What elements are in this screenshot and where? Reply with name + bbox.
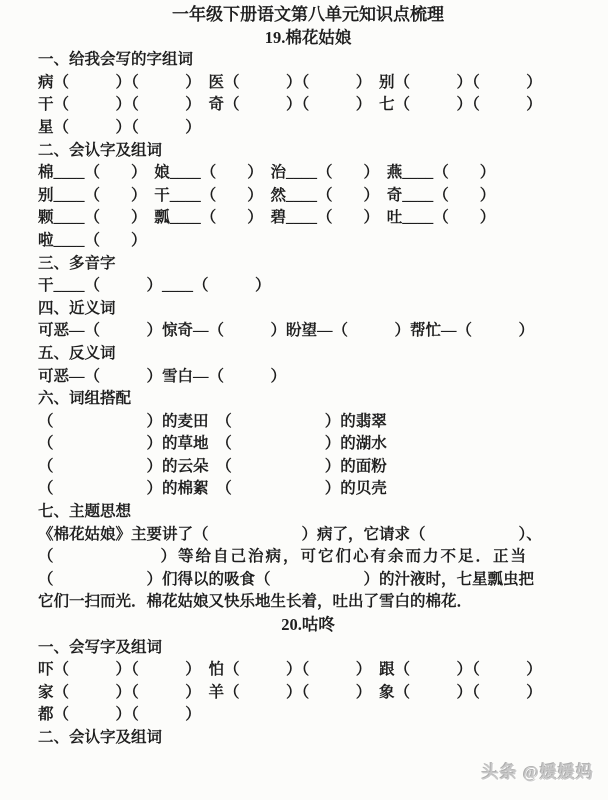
l20-sec1-heading: 一、会写字及组词 <box>38 637 578 660</box>
l19-sec2-row: 颗____（ ） 瓢____（ ） 碧____（ ） 吐____（ ） <box>38 207 578 230</box>
l19-sec2-heading: 二、会认字及组词 <box>38 140 578 163</box>
l19-sec7-text-line: （ ）们得以的吸食（ ）的汁液时，七星瓢虫把 <box>38 569 578 592</box>
doc-title: 一年级下册语文第八单元知识点梳理 <box>38 4 578 27</box>
worksheet-page: 一年级下册语文第八单元知识点梳理 19.棉花姑娘 一、给我会写的字组词 病（ ）… <box>0 0 608 800</box>
l19-sec7-text-line: （ ）等给自己治病，可它们心有余而力不足．正当 <box>38 546 578 569</box>
l20-sec1-row: 吓（ ）（ ） 怕（ ）（ ） 跟（ ）（ ） <box>38 659 578 682</box>
lesson19-heading: 19.棉花姑娘 <box>38 27 578 50</box>
l19-sec2-row: 别____（ ） 干____（ ） 然____（ ） 奇____（ ） <box>38 185 578 208</box>
l19-sec7-text-line: 它们一扫而光．棉花姑娘又快乐地生长着，吐出了雪白的棉花． <box>38 591 578 614</box>
l19-sec6-row: （ ）的棉絮 （ ）的贝壳 <box>38 478 578 501</box>
l19-sec6-row: （ ）的云朵 （ ）的面粉 <box>38 456 578 479</box>
l19-sec1-row: 病（ ）（ ） 医（ ）（ ） 别（ ）（ ） <box>38 72 578 95</box>
l19-sec2-row: 棉____（ ） 娘____（ ） 治____（ ） 燕____（ ） <box>38 162 578 185</box>
l19-sec3-heading: 三、多音字 <box>38 253 578 276</box>
l19-sec6-row: （ ）的麦田 （ ）的翡翠 <box>38 411 578 434</box>
l20-sec1-row: 都（ ）（ ） <box>38 704 578 727</box>
l20-sec1-row: 家（ ）（ ） 羊（ ）（ ） 象（ ）（ ） <box>38 682 578 705</box>
l19-sec5-row: 可恶—（ ）雪白—（ ） <box>38 366 578 389</box>
l19-sec6-row: （ ）的草地 （ ）的湖水 <box>38 433 578 456</box>
l19-sec3-row: 干____（ ）____（ ） <box>38 275 578 298</box>
l19-sec4-row: 可恶—（ ）惊奇—（ ）盼望—（ ）帮忙—（ ） <box>38 320 578 343</box>
l19-sec5-heading: 五、反义词 <box>38 343 578 366</box>
l19-sec2-row: 啦____（ ） <box>38 230 578 253</box>
l19-sec6-heading: 六、词组搭配 <box>38 388 578 411</box>
l19-sec7-text-line: 《棉花姑娘》主要讲了（ ）病了，它请求（ ）、 <box>38 524 578 547</box>
l19-sec4-heading: 四、近义词 <box>38 298 578 321</box>
l20-sec2-heading: 二、会认字及组词 <box>38 727 578 750</box>
l19-sec1-row: 干（ ）（ ） 奇（ ）（ ） 七（ ）（ ） <box>38 94 578 117</box>
l19-sec1-row: 星（ ）（ ） <box>38 117 578 140</box>
watermark: 头条 @媛媛妈 <box>482 762 594 785</box>
l19-sec1-heading: 一、给我会写的字组词 <box>38 49 578 72</box>
l19-sec7-heading: 七、主题思想 <box>38 501 578 524</box>
lesson20-heading: 20.咕咚 <box>38 614 578 637</box>
